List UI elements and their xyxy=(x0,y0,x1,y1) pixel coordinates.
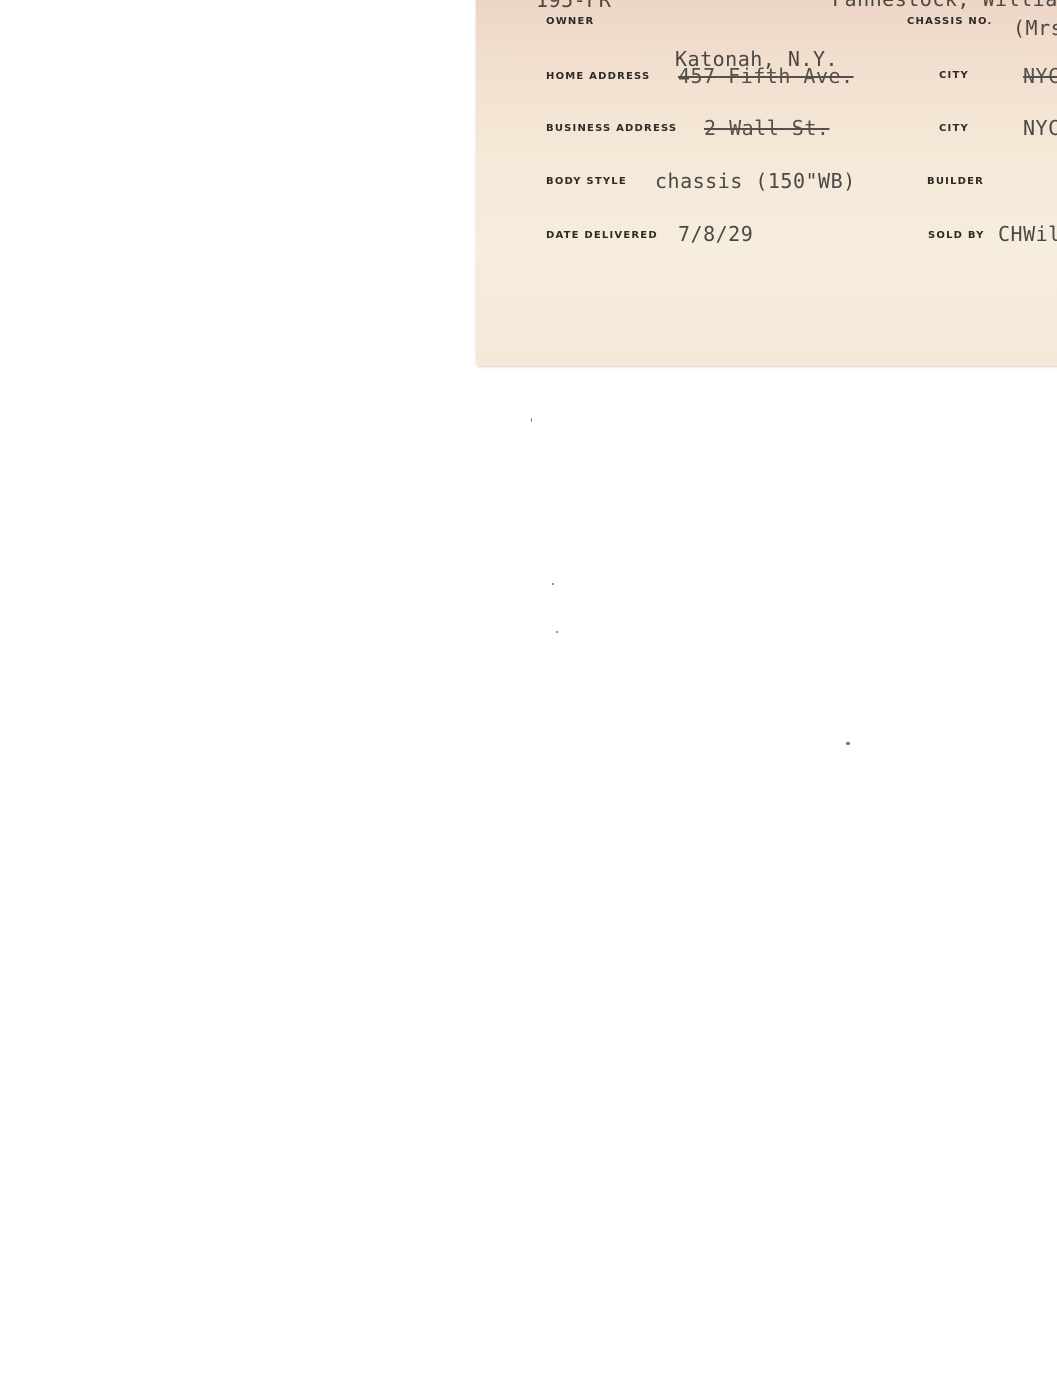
card-number: 195-FR xyxy=(536,0,611,12)
owner-name: Fahnestock, Willia xyxy=(832,0,1057,11)
business-address-crossed-out: 2-Wall-St. xyxy=(704,116,829,140)
owner-label: OWNER xyxy=(546,16,594,27)
record-card: 195-FR OWNER Fahnestock, Willia CHASSIS … xyxy=(476,0,1057,366)
scan-speck xyxy=(531,418,532,422)
builder-label: BUILDER xyxy=(927,176,984,187)
home-address-label: HOME ADDRESS xyxy=(546,71,650,82)
date-delivered-label: DATE DELIVERED xyxy=(546,230,658,241)
business-city-value: NYC xyxy=(1023,116,1057,140)
home-city-crossed-out: NYC xyxy=(1023,64,1057,88)
date-delivered-value: 7/8/29 xyxy=(678,222,753,246)
owner-name-continued: (Mrs xyxy=(1013,16,1057,40)
home-address-crossed-out: 457-Fifth-Ave. xyxy=(678,64,854,88)
scan-speck xyxy=(846,742,850,745)
chassis-no-label: CHASSIS NO. xyxy=(907,16,992,27)
home-city-label: CITY xyxy=(939,70,969,81)
sold-by-label: SOLD BY xyxy=(928,230,985,241)
body-style-value: chassis (150"WB) xyxy=(655,169,856,193)
body-style-label: BODY STYLE xyxy=(546,176,627,187)
business-city-label: CITY xyxy=(939,123,969,134)
scan-speck xyxy=(556,631,558,633)
sold-by-value: CHWil xyxy=(998,222,1057,246)
scan-speck xyxy=(552,583,554,585)
business-address-label: BUSINESS ADDRESS xyxy=(546,123,677,134)
